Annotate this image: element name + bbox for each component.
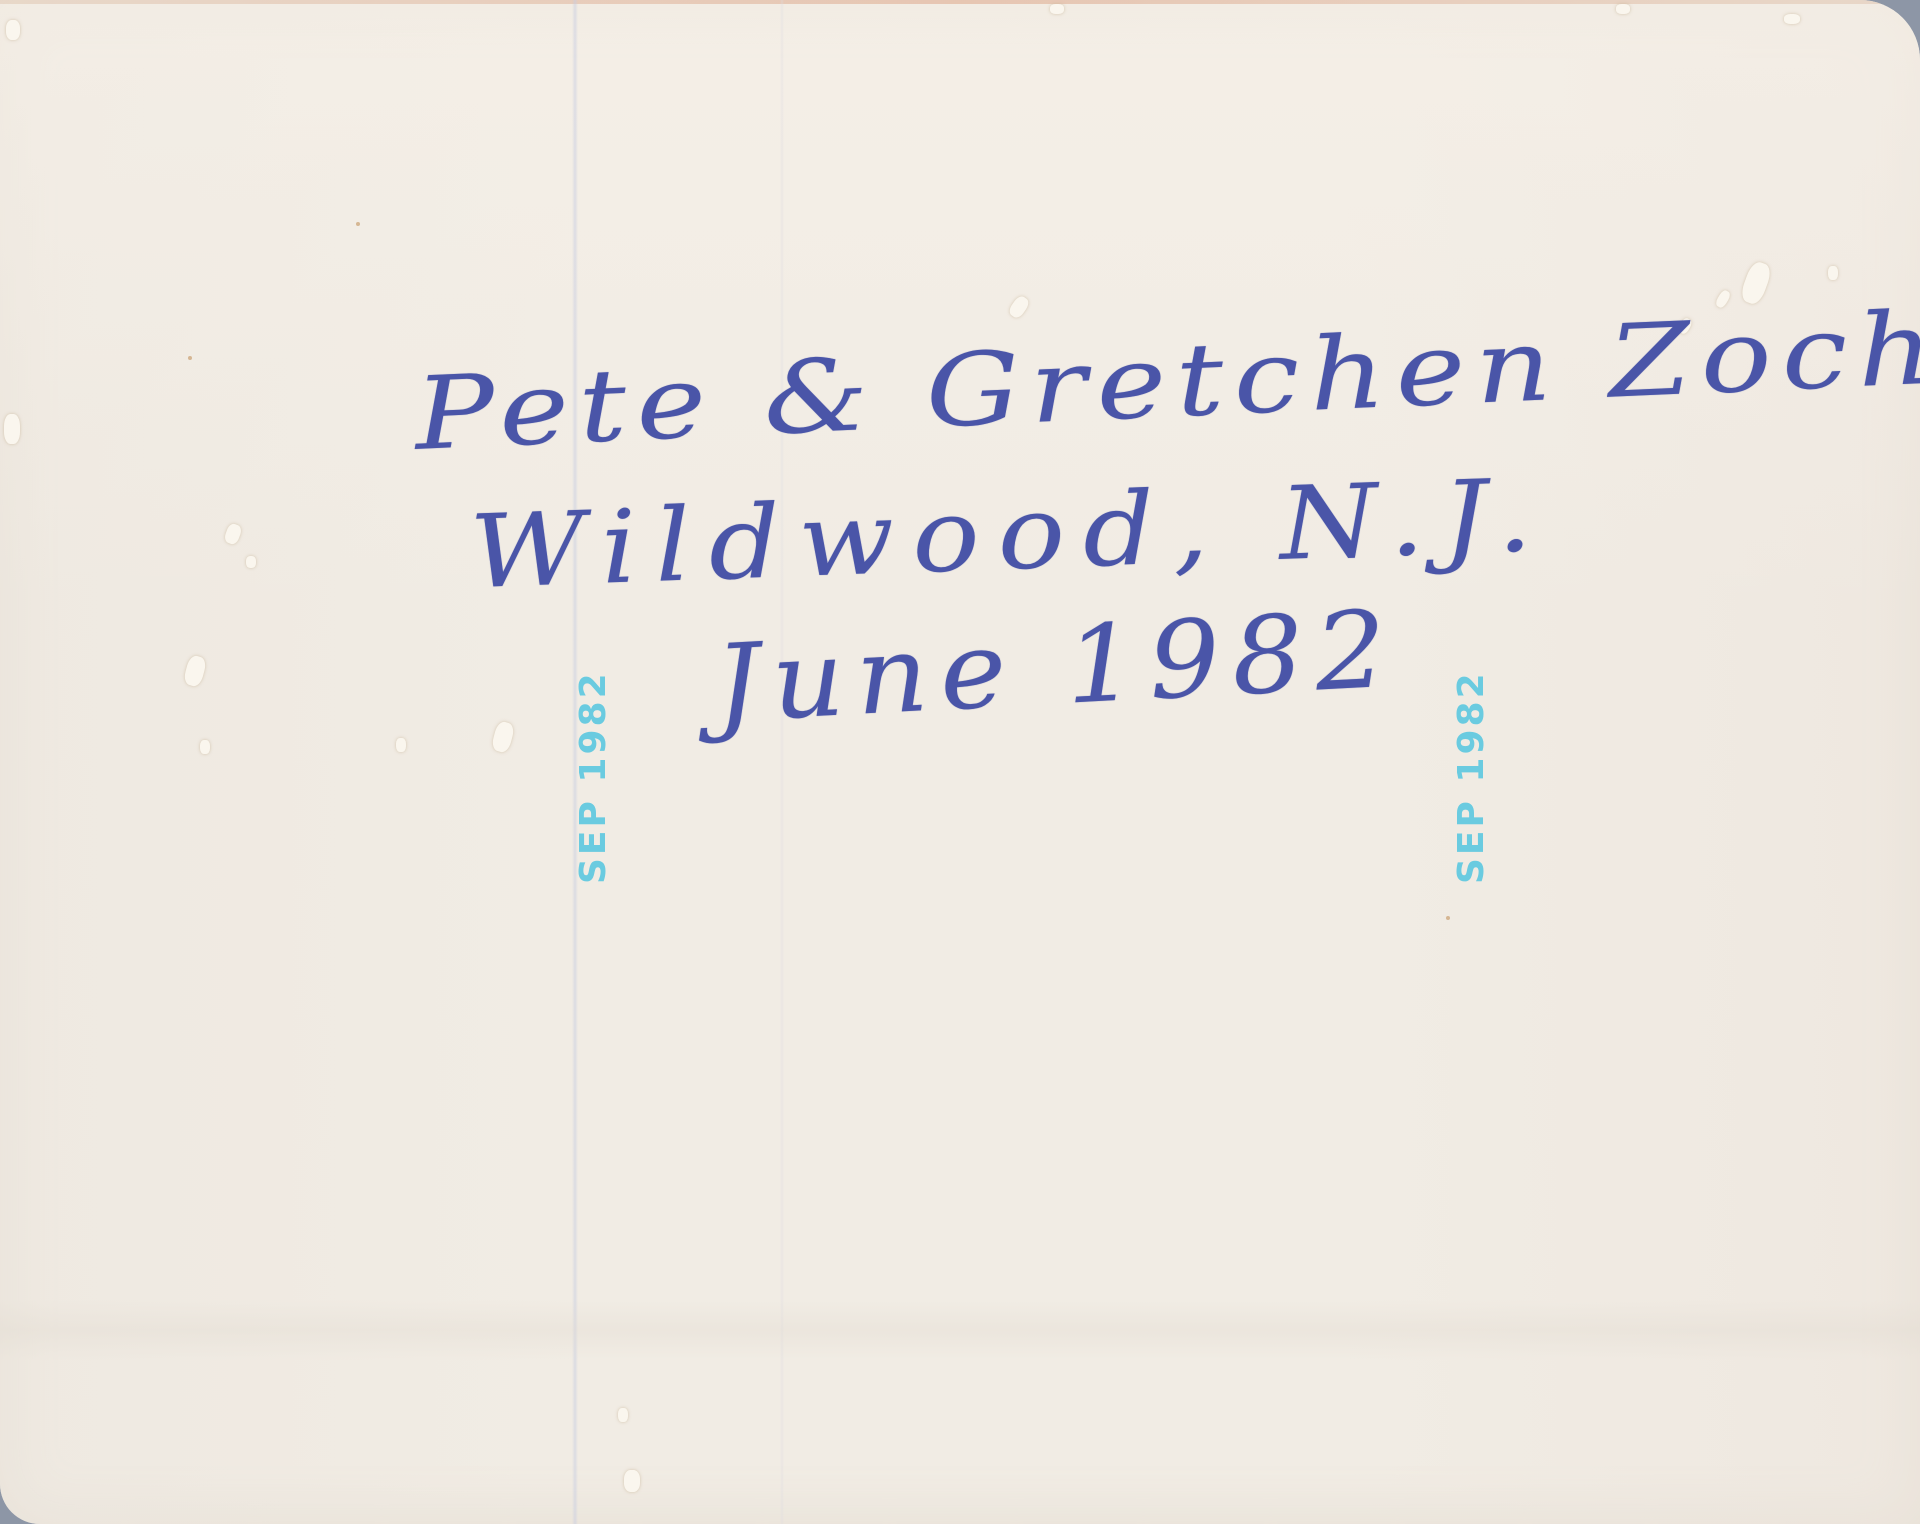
lower-shade-band [0, 1300, 1920, 1360]
residue-speck [1616, 4, 1630, 14]
stain-dot [1446, 916, 1450, 920]
stain-dot [188, 356, 192, 360]
residue-speck [6, 20, 20, 40]
top-edge-discoloration [0, 0, 1920, 4]
residue-speck [1050, 4, 1064, 14]
date-stamp-left: SEP 1982 [573, 670, 614, 884]
date-stamp-right: SEP 1982 [1451, 670, 1492, 884]
residue-speck [246, 556, 256, 568]
residue-speck [4, 414, 20, 444]
residue-speck [200, 740, 210, 754]
stain-dot [356, 222, 360, 226]
paper-texture [0, 0, 1920, 1524]
residue-speck [618, 1408, 628, 1422]
photo-back-card: Pete & Gretchen Zoch Wildwood, N.J. June… [0, 0, 1920, 1524]
residue-speck [396, 738, 406, 752]
residue-speck [1828, 266, 1838, 280]
residue-speck [1784, 14, 1800, 24]
faint-crease-line [780, 0, 784, 1524]
residue-speck [624, 1470, 640, 1492]
